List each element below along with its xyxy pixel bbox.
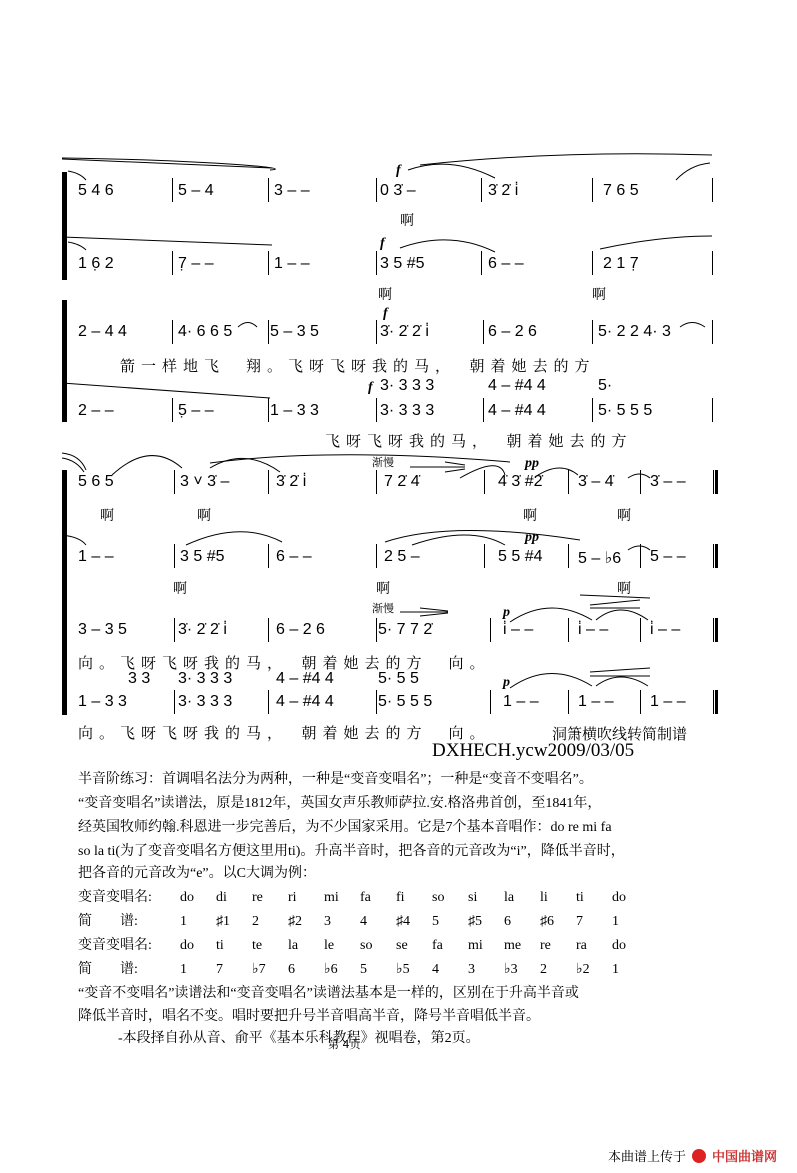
paragraph-line: “变音变唱名”读谱法，原是1812年，英国女声乐教师萨拉.安.格洛弗首创，至18… xyxy=(78,792,601,812)
closing-line: “变音不变唱名”读谱法和“变音变唱名”读谱法基本是一样的，区别在于升高半音或 xyxy=(78,982,579,1002)
tempo-mark-ritardando: 渐慢 xyxy=(372,600,394,616)
dynamic-p: p xyxy=(503,675,510,691)
solfege-table-row: 简 谱:17♭76♭65♭543♭32♭21 xyxy=(78,958,648,978)
barline xyxy=(640,690,641,714)
measure: 3· 3 3 3 xyxy=(178,670,232,688)
measure: 5· 7 7 2̇ xyxy=(378,621,432,639)
barline xyxy=(490,690,491,714)
measure: 3 – 3 5 xyxy=(78,621,127,639)
measure: i̇ – – xyxy=(578,621,608,639)
measure: 1 – – xyxy=(578,693,614,711)
measure: 4 – #4 4 xyxy=(276,693,334,711)
solfege-table-row: 变音变唱名:dodirerimifafisosilalitido xyxy=(78,886,648,906)
measure: 5· 5 5 xyxy=(378,670,419,688)
barline xyxy=(174,618,175,642)
barline xyxy=(376,618,377,642)
final-barline xyxy=(713,618,718,642)
measure: i̇ – – xyxy=(650,621,680,639)
page-number: 第 4页 xyxy=(328,1036,361,1052)
measure: 6 – 2 6 xyxy=(276,621,325,639)
paragraph-line: 经英国牧师约翰.科恩进一步完善后，为不少国家采用。它是7个基本音唱作：do re… xyxy=(78,816,612,836)
barline xyxy=(268,690,269,714)
solfege-table-row: 简 谱:1♯12♯234♯45♯56♯671 xyxy=(78,910,648,930)
site-name[interactable]: 中国曲谱网 xyxy=(712,1146,777,1165)
barline xyxy=(568,618,569,642)
source-citation: -本段择自孙从音、俞平《基本乐科教程》视唱卷，第2页。 xyxy=(118,1027,480,1047)
barline xyxy=(490,618,491,642)
solfege-table-row: 变音变唱名:dotitelalesosefamimererado xyxy=(78,934,648,954)
footer-watermark: 本曲谱上传于 中国曲谱网 xyxy=(608,1146,777,1165)
measure: 3 3 xyxy=(128,670,150,688)
lyrics-line: 向。飞呀飞呀我的马， 朝着她去的方 向。 xyxy=(78,722,491,743)
measure: 5· 5 5 5 xyxy=(378,693,432,711)
measure: 1 – – xyxy=(650,693,686,711)
measure: 3̇· 2̇ 2̇ i̇ xyxy=(178,621,227,639)
paragraph-line: so la ti(为了变音变唱名方便这里用ti)。升高半音时，把各音的元音改为“… xyxy=(78,840,625,860)
measure: i̇ – – xyxy=(503,621,533,639)
barline xyxy=(640,618,641,642)
measure: 4 – #4 4 xyxy=(276,670,334,688)
closing-line: 降低半音时，唱名不变。唱时要把升号半音唱高半音，降号半音唱低半音。 xyxy=(78,1005,540,1025)
measure: 3· 3 3 3 xyxy=(178,693,232,711)
barline xyxy=(376,690,377,714)
paragraph-line: 把各音的元音改为“e”。以C大调为例： xyxy=(78,862,316,882)
measure: 1 – – xyxy=(503,693,539,711)
barline xyxy=(174,690,175,714)
site-logo-icon xyxy=(692,1149,706,1163)
transcriber-date: DXHECH.ycw2009/03/05 xyxy=(432,740,634,762)
final-barline xyxy=(713,690,718,714)
paragraph-line: 半音阶练习：首调唱名法分为两种，一种是“变音变唱名”；一种是“变音不变唱名”。 xyxy=(78,768,593,788)
barline xyxy=(568,690,569,714)
dynamic-p: p xyxy=(503,605,510,621)
measure: 1 – 3 3 xyxy=(78,693,127,711)
barline xyxy=(268,618,269,642)
upload-text: 本曲谱上传于 xyxy=(608,1146,686,1165)
